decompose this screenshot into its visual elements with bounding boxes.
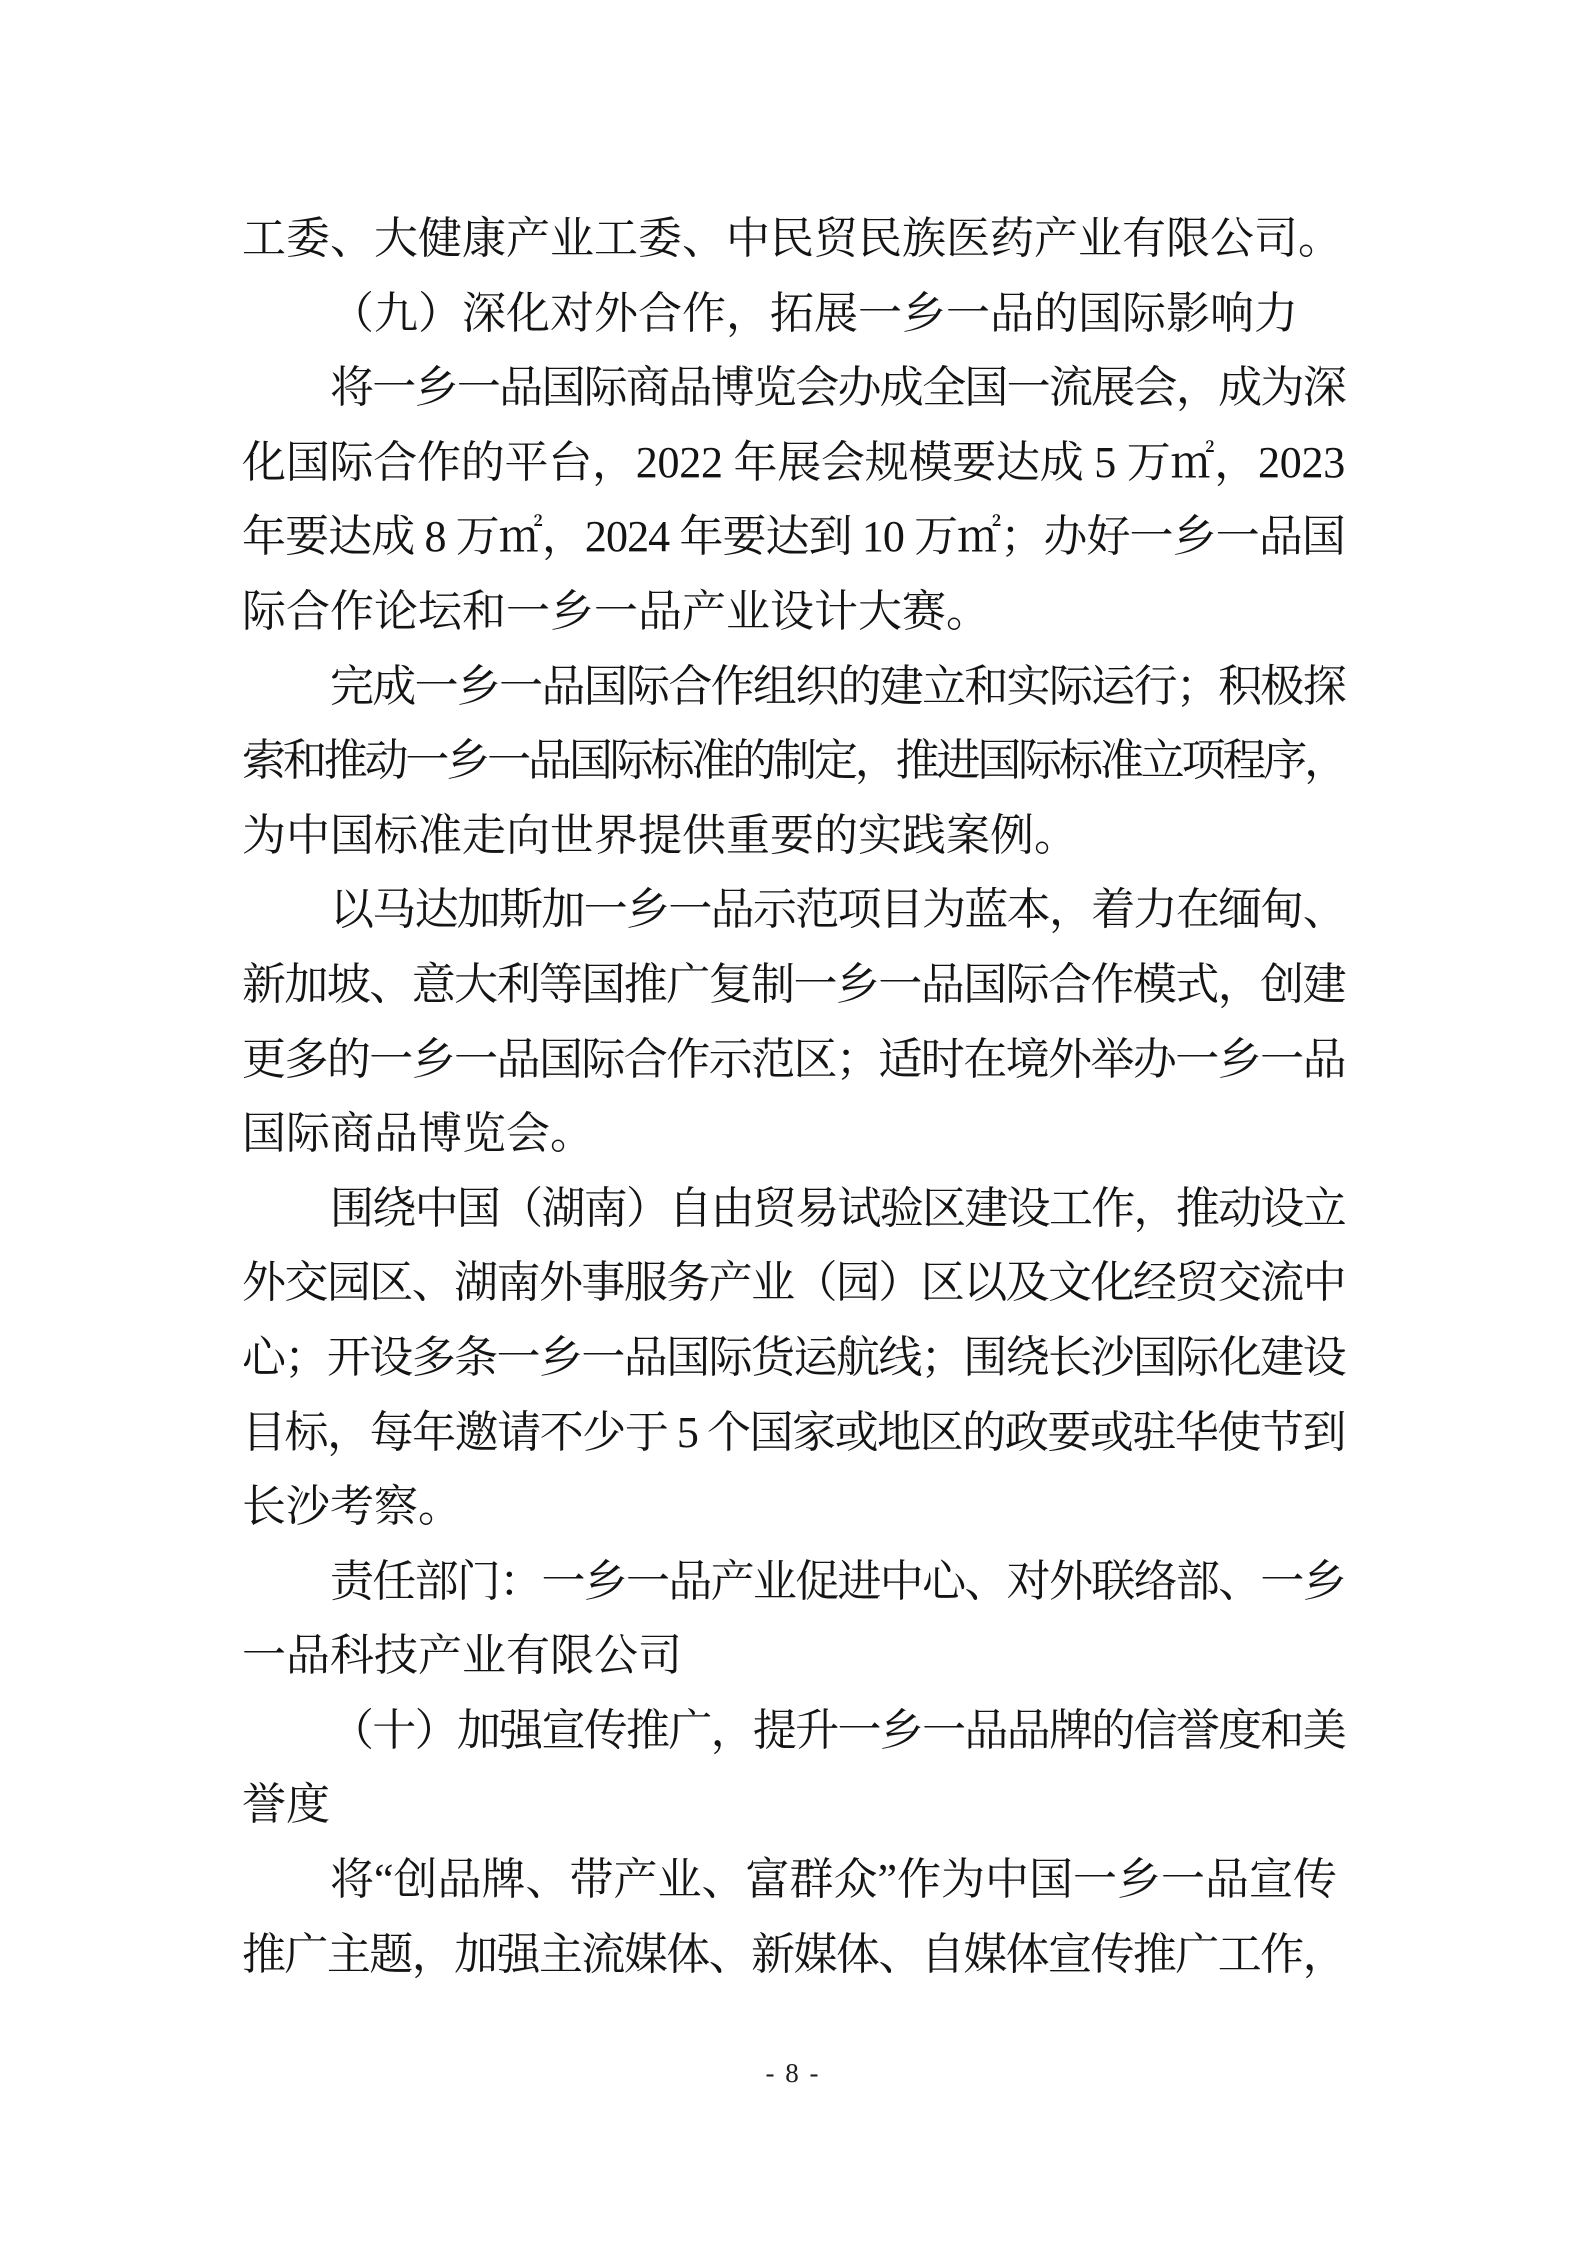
text-line: 化国际合作的平台，2022 年展会规模要达成 5 万㎡，2023 — [242, 426, 1345, 501]
text-line: 围绕中国（湖南）自由贸易试验区建设工作，推动设立 — [242, 1172, 1345, 1247]
text-line: 工委、大健康产业工委、中民贸民族医药产业有限公司。 — [242, 202, 1345, 277]
document-page: 工委、大健康产业工委、中民贸民族医药产业有限公司。（九）深化对外合作，拓展一乡一… — [0, 0, 1586, 2244]
text-line: 一品科技产业有限公司 — [242, 1619, 1345, 1694]
text-line: 更多的一乡一品国际合作示范区；适时在境外举办一乡一品 — [242, 1023, 1345, 1098]
text-line: 誉度 — [242, 1768, 1345, 1843]
text-line: 推广主题，加强主流媒体、新媒体、自媒体宣传推广工作， — [242, 1918, 1345, 1993]
text-line: 目标，每年邀请不少于 5 个国家或地区的政要或驻华使节到 — [242, 1396, 1345, 1471]
text-line: 索和推动一乡一品国际标准的制定，推进国际标准立项程序， — [242, 724, 1345, 799]
text-line: 际合作论坛和一乡一品产业设计大赛。 — [242, 575, 1345, 650]
text-line: 将一乡一品国际商品博览会办成全国一流展会，成为深 — [242, 351, 1345, 426]
page-number: - 8 - — [0, 2056, 1586, 2090]
text-line: （十）加强宣传推广，提升一乡一品品牌的信誉度和美 — [242, 1694, 1345, 1769]
text-line: 外交园区、湖南外事服务产业（园）区以及文化经贸交流中 — [242, 1246, 1345, 1321]
text-line: 完成一乡一品国际合作组织的建立和实际运行；积极探 — [242, 650, 1345, 725]
text-line: 为中国标准走向世界提供重要的实践案例。 — [242, 799, 1345, 874]
text-line: （九）深化对外合作，拓展一乡一品的国际影响力 — [242, 277, 1345, 352]
text-line: 将“创品牌、带产业、富群众”作为中国一乡一品宣传 — [242, 1843, 1345, 1918]
text-line: 以马达加斯加一乡一品示范项目为蓝本，着力在缅甸、 — [242, 873, 1345, 948]
text-line: 长沙考察。 — [242, 1470, 1345, 1545]
text-line: 新加坡、意大利等国推广复制一乡一品国际合作模式，创建 — [242, 948, 1345, 1023]
text-line: 年要达成 8 万㎡，2024 年要达到 10 万㎡；办好一乡一品国 — [242, 500, 1345, 575]
text-line: 责任部门：一乡一品产业促进中心、对外联络部、一乡 — [242, 1545, 1345, 1620]
document-body: 工委、大健康产业工委、中民贸民族医药产业有限公司。（九）深化对外合作，拓展一乡一… — [242, 202, 1345, 1992]
text-line: 国际商品博览会。 — [242, 1097, 1345, 1172]
text-line: 心；开设多条一乡一品国际货运航线；围绕长沙国际化建设 — [242, 1321, 1345, 1396]
